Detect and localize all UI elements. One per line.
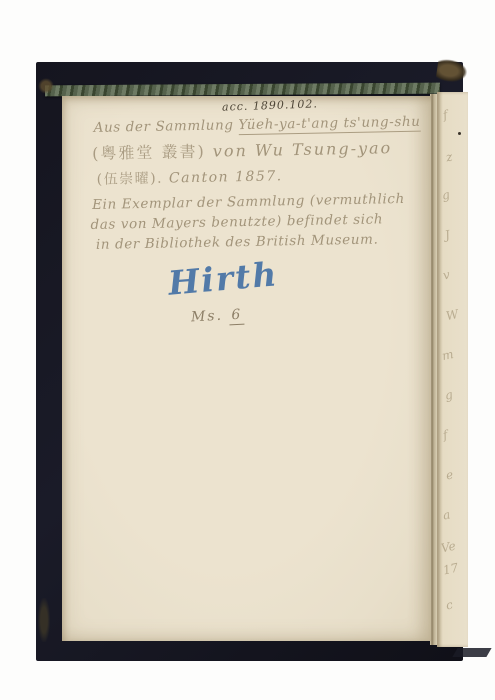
- handwriting-fragment: 17: [442, 561, 460, 578]
- handwriting-fragment: g: [444, 387, 454, 402]
- ms-label: Ms.: [191, 308, 224, 326]
- note-line-3: (伍崇曜). Canton 1857.: [96, 165, 282, 189]
- page-edge-line: [430, 94, 437, 645]
- ink-speck: [458, 132, 461, 135]
- manuscript-number: Ms. 6: [191, 307, 245, 326]
- note-line-5: das von Mayers benutzte) befindet sich: [90, 211, 383, 233]
- cover-bottom-edge: [452, 648, 491, 657]
- note-line-1: Aus der Sammlung Yüeh-ya-t'ang ts'ung-sh…: [94, 114, 421, 136]
- handwriting-fragment: W: [445, 307, 460, 323]
- handwriting-fragment: Ve: [440, 539, 457, 556]
- worn-corner-top-right: [436, 58, 469, 84]
- handwriting-fragment: e: [445, 467, 455, 482]
- worn-corner-top-left: [38, 78, 54, 94]
- adjacent-page: f z g J v W m g f e a Ve 17 c: [437, 92, 468, 647]
- handwriting-fragment: a: [442, 507, 452, 522]
- note-line-3-rest: Canton 1857.: [163, 168, 283, 186]
- handwriting-fragment: m: [441, 347, 455, 363]
- note-line-2: (粵雅堂 叢書) von Wu Tsung-yao: [92, 135, 392, 164]
- manuscript-page: acc. 1890.102. Aus der Sammlung Yüeh-ya-…: [62, 96, 431, 641]
- note-line-2-rest: von Wu Tsung-yao: [206, 138, 393, 161]
- collection-title-chinese: (粵雅堂 叢書): [92, 142, 206, 163]
- worn-corner-bottom-left: [38, 598, 50, 642]
- handwriting-fragment: f: [442, 428, 449, 443]
- note-line-1-prefix: Aus der Sammlung: [94, 117, 239, 136]
- handwriting-fragment: v: [442, 267, 452, 282]
- collection-title-romanized: Yüeh-ya-t'ang ts'ung-shu: [238, 114, 420, 135]
- handwriting-fragment: f: [442, 108, 449, 123]
- ms-value: 6: [229, 307, 245, 326]
- note-line-6: in der Bibliothek des British Museum.: [96, 231, 379, 252]
- compiler-name-chinese: (伍崇曜).: [97, 171, 164, 188]
- note-line-4: Ein Exemplar der Sammlung (vermuthlich: [92, 191, 405, 213]
- handwriting-fragment: J: [444, 228, 452, 243]
- handwriting-fragment: g: [441, 187, 451, 202]
- scanned-book-photo: f z g J v W m g f e a Ve 17 c acc. 1890.…: [0, 0, 495, 700]
- handwriting-fragment: z: [445, 149, 454, 164]
- handwriting-fragment: c: [445, 597, 454, 612]
